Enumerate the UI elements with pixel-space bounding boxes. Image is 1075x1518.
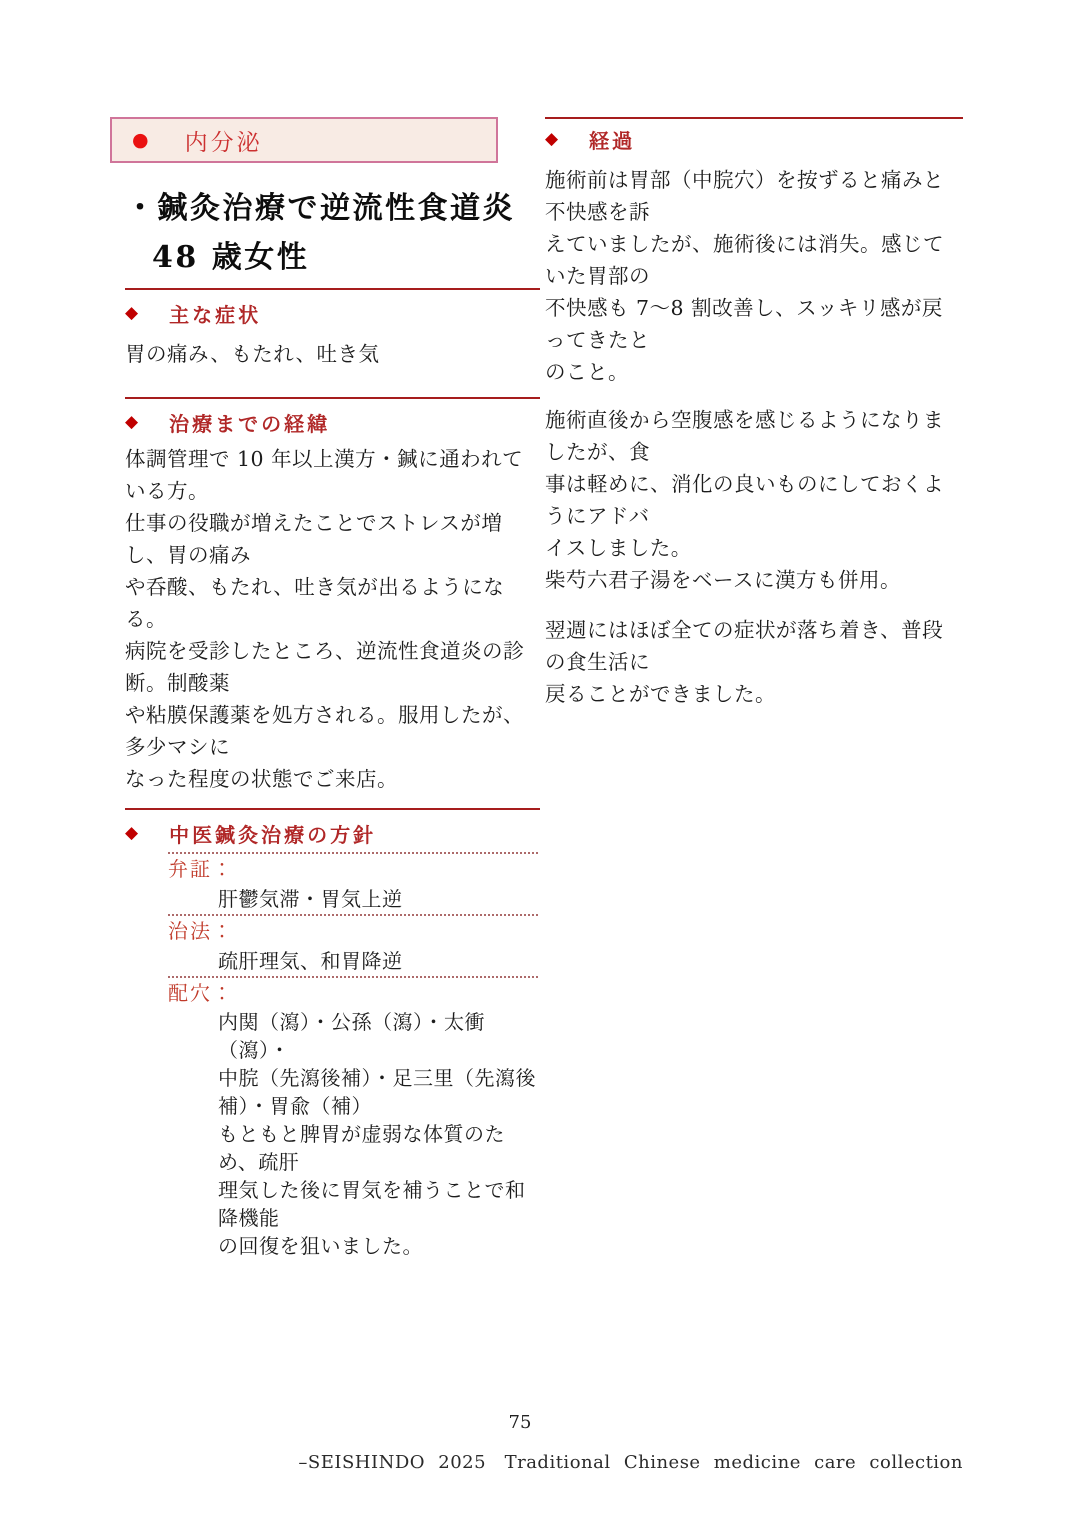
history-body: 体調管理で 10 年以上漢方・鍼に通われている方。仕事の役職が増えたことでストレ… — [125, 443, 540, 795]
text-line: 体調管理で 10 年以上漢方・鍼に通われている方。 — [125, 443, 540, 507]
diamond-icon: ◆ — [125, 825, 138, 842]
diamond-icon: ◆ — [125, 414, 138, 431]
right-column: ◆ 経過 施術前は胃部（中脘穴）を按ずると痛みと不快感を訴えていましたが、施術後… — [545, 117, 963, 710]
case-title: ・鍼灸治療で逆流性食道炎 48 歳女性 — [125, 184, 540, 282]
category-header: ● 内分泌 — [110, 117, 498, 163]
diamond-icon: ◆ — [545, 131, 558, 148]
section-heading-symptoms: ◆ 主な症状 — [125, 299, 540, 327]
progress-paragraph-3: 柴芍六君子湯をベースに漢方も併用。 — [545, 564, 963, 596]
section-rule — [545, 117, 963, 119]
section-rule — [125, 397, 540, 399]
policy-block: 弁証： 肝鬱気滞・胃気上逆 治法： 疏肝理気、和胃降逆 配穴： 内関（瀉）・公孫… — [168, 852, 540, 1260]
case-title-line2: 48 歳女性 — [152, 233, 540, 282]
text-line: イスしました。 — [545, 532, 963, 564]
points-note: もともと脾胃が虚弱な体質のため、疏肝理気した後に胃気を補うことで和降機能の回復を… — [218, 1120, 540, 1260]
document-page: ● 内分泌 ・鍼灸治療で逆流性食道炎 48 歳女性 ◆ 主な症状 胃の痛み、もた… — [0, 0, 1075, 1518]
method-value: 疏肝理気、和胃降逆 — [218, 946, 540, 976]
section-heading-label: 主な症状 — [169, 299, 261, 328]
text-line: 翌週にはほぼ全ての症状が落ち着き、普段の食生活に — [545, 614, 963, 678]
diamond-icon: ◆ — [125, 305, 138, 322]
progress-paragraph-1: 施術前は胃部（中脘穴）を按ずると痛みと不快感を訴えていましたが、施術後には消失。… — [545, 164, 963, 388]
points-label: 配穴： — [168, 978, 540, 1008]
text-line: もともと脾胃が虚弱な体質のため、疏肝 — [218, 1120, 540, 1176]
bullet-circle-icon: ● — [132, 131, 149, 150]
text-line: 病院を受診したところ、逆流性食道炎の診断。制酸薬 — [125, 635, 540, 699]
text-line: 戻ることができました。 — [545, 678, 963, 710]
text-line: 中脘（先瀉後補）・足三里（先瀉後 — [218, 1064, 540, 1092]
category-label: 内分泌 — [185, 124, 263, 157]
text-line: なった程度の状態でご来店。 — [125, 763, 540, 795]
text-line: や粘膜保護薬を処方される。服用したが、多少マシに — [125, 699, 540, 763]
text-line: 施術前は胃部（中脘穴）を按ずると痛みと不快感を訴 — [545, 164, 963, 228]
footer-credit: –SEISHINDO 2025 Traditional Chinese medi… — [298, 1448, 963, 1474]
section-heading-progress: ◆ 経過 — [545, 125, 963, 153]
text-line: 施術直後から空腹感を感じるようになりましたが、食 — [545, 404, 963, 468]
section-heading-label: 中医鍼灸治療の方針 — [169, 819, 376, 848]
section-heading-label: 経過 — [589, 125, 635, 154]
points-list: 内関（瀉）・公孫（瀉）・太衝（瀉）・中脘（先瀉後補）・足三里（先瀉後補）・胃兪（… — [218, 1008, 540, 1120]
text-line: えていましたが、施術後には消失。感じていた胃部の — [545, 228, 963, 292]
progress-paragraph-2: 施術直後から空腹感を感じるようになりましたが、食事は軽めに、消化の良いものにして… — [545, 404, 963, 564]
progress-paragraph-4: 翌週にはほぼ全ての症状が落ち着き、普段の食生活に戻ることができました。 — [545, 614, 963, 710]
symptoms-body: 胃の痛み、もたれ、吐き気 — [125, 338, 540, 370]
text-line: や呑酸、もたれ、吐き気が出るようになる。 — [125, 571, 540, 635]
case-title-line1: ・鍼灸治療で逆流性食道炎 — [125, 184, 540, 233]
section-rule — [125, 808, 540, 810]
text-line: の回復を狙いました。 — [218, 1232, 540, 1260]
text-line: 不快感も 7～8 割改善し、スッキリ感が戻ってきたと — [545, 292, 963, 356]
text-line: 内関（瀉）・公孫（瀉）・太衝（瀉）・ — [218, 1008, 540, 1064]
text-line: 仕事の役職が増えたことでストレスが増し、胃の痛み — [125, 507, 540, 571]
section-rule — [125, 288, 540, 290]
text-line: 理気した後に胃気を補うことで和降機能 — [218, 1176, 540, 1232]
text-line: のこと。 — [545, 356, 963, 388]
method-label: 治法： — [168, 916, 540, 946]
syndrome-label: 弁証： — [168, 854, 540, 884]
section-heading-policy: ◆ 中医鍼灸治療の方針 — [125, 819, 540, 847]
page-number: 75 — [0, 1412, 1040, 1433]
syndrome-value: 肝鬱気滞・胃気上逆 — [218, 884, 540, 914]
section-heading-history: ◆ 治療までの経緯 — [125, 408, 540, 436]
text-line: 補）・胃兪（補） — [218, 1092, 540, 1120]
left-column: ● 内分泌 ・鍼灸治療で逆流性食道炎 48 歳女性 ◆ 主な症状 胃の痛み、もた… — [125, 117, 540, 1260]
section-heading-label: 治療までの経緯 — [169, 408, 330, 437]
text-line: 事は軽めに、消化の良いものにしておくようにアドバ — [545, 468, 963, 532]
